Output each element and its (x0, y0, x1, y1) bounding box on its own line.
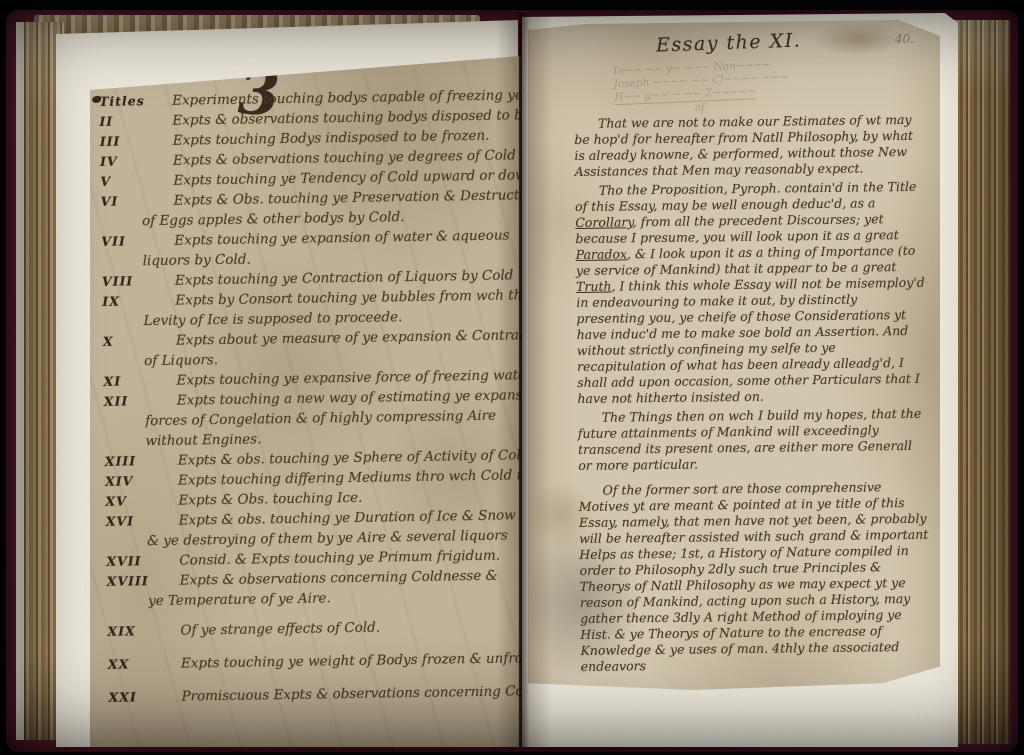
entry-text-line: Promiscuous Expts & observations concern… (149, 681, 530, 707)
entry-numeral: VI (101, 191, 141, 212)
index-entry: IXExpts by Consort touching ye bubbles f… (93, 285, 525, 332)
entry-numeral: XXI (108, 687, 148, 708)
entry-numeral: XVI (106, 511, 146, 532)
index-entry: XIIExpts touching a new way of estimatin… (95, 385, 527, 452)
entry-numeral: XV (105, 491, 145, 512)
entry-numeral: VII (101, 231, 141, 252)
entry-text-line: Expts touching ye weight of Bodys frozen… (149, 648, 530, 674)
essay-paragraph: The Things then on wch I build my hopes,… (578, 406, 930, 474)
index-entry: XExpts about ye measure of ye expansion … (94, 325, 526, 372)
entry-numeral: XX (108, 654, 148, 675)
entry-numeral: XVIII (107, 571, 147, 592)
open-manuscript-book-photo: 3 TitlesExperiments touching bodys capab… (0, 0, 1024, 755)
essay-paragraph: Of the former sort are those comprehensi… (578, 479, 931, 675)
entry-numeral: VIII (102, 271, 142, 292)
index-list: TitlesExperiments touching bodys capable… (90, 85, 531, 708)
entry-numeral: III (100, 131, 140, 152)
index-entry: VIExpts & Obs. touching ye Preservation … (92, 185, 524, 232)
pencil-folio-number: 40. (895, 32, 914, 46)
essay-heading: Essay the XI. (656, 29, 802, 56)
index-entry: XIXOf ye strange effects of Cold. (98, 615, 529, 642)
index-entry: VIIExpts touching ye expansion of water … (92, 225, 524, 272)
essay-paragraph: That we are not to make our Estimates of… (574, 112, 926, 180)
underlined-word: Corollary (575, 214, 633, 230)
entry-numeral: XIII (105, 451, 145, 472)
right-manuscript-page: Essay the XI. 40. In~~ ~~ y~ ~~~ Nan~~~~… (528, 20, 940, 690)
entry-numeral: XI (103, 371, 143, 392)
essay-text: The Things then on wch I build my hopes,… (578, 406, 921, 473)
essay-body: That we are not to make our Estimates of… (574, 112, 932, 678)
corner-stain (814, 22, 904, 56)
essay-text: Tho the Proposition, Pyroph. contain'd i… (575, 179, 916, 214)
underlined-word: Truth (576, 279, 612, 294)
essay-text: That we are not to make our Estimates of… (574, 112, 913, 179)
essay-text: , I think this whole Essay will not be m… (576, 275, 925, 406)
entry-numeral: X (103, 331, 143, 352)
entry-numeral: IX (102, 291, 142, 312)
entry-text-line: Of ye strange effects of Cold. (148, 615, 529, 641)
index-entry: XXIPromiscuous Expts & observations conc… (99, 681, 530, 708)
essay-paragraph: Tho the Proposition, Pyroph. contain'd i… (575, 179, 929, 407)
underlined-word: Paradox (576, 246, 627, 262)
essay-text: , & I look upon it as a thing of Importa… (576, 243, 916, 278)
entry-numeral: II (99, 111, 139, 132)
left-manuscript-page: 3 TitlesExperiments touching bodys capab… (90, 56, 521, 747)
entry-numeral: Titles (99, 91, 139, 112)
entry-numeral: XVII (106, 551, 146, 572)
entry-numeral: XII (104, 391, 144, 412)
entry-numeral: V (100, 171, 140, 192)
index-entry: XXExpts touching ye weight of Bodys froz… (99, 648, 530, 675)
index-entry: XVIExpts & obs. touching ye Duration of … (97, 505, 529, 552)
entry-numeral: XIX (107, 621, 147, 642)
pencil-inscription: In~~ ~~ y~ ~~~ Nan~~~~Joseph ~~~~ ~~ Cl~… (613, 55, 865, 118)
right-fore-edge (952, 20, 1010, 744)
entry-numeral: IV (100, 151, 140, 172)
index-entry: XVIIIExpts & observations concerning Col… (98, 565, 530, 612)
entry-numeral: XIV (105, 471, 145, 492)
essay-text: Of the former sort are those comprehensi… (579, 479, 929, 674)
